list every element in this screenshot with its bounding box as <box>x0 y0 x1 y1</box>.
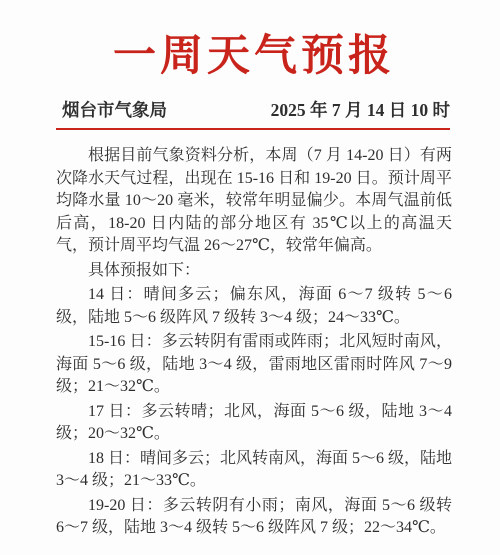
para-forecast-day15-16: 15-16 日：多云转阴有雷雨或阵雨；北风短时南风，海面 5～6 级，陆地 3～… <box>56 331 452 399</box>
para-forecast-day14: 14 日：晴间多云；偏东风，海面 6～7 级转 5～6 级，陆地 5～6 级阵风… <box>56 284 452 329</box>
para-detail-heading: 具体预报如下： <box>56 260 452 283</box>
red-divider-line <box>56 128 450 130</box>
document-meta-row: 烟台市气象局 2025 年 7 月 14 日 10 时 <box>56 97 452 127</box>
para-forecast-day18: 18 日：晴间多云；北风转南风，海面 5～6 级，陆地 3～4 级；21～33℃… <box>56 448 452 493</box>
issuing-organization: 烟台市气象局 <box>62 97 167 122</box>
weather-forecast-document: 一周天气预报 烟台市气象局 2025 年 7 月 14 日 10 时 根据目前气… <box>0 0 500 555</box>
issue-datetime: 2025 年 7 月 14 日 10 时 <box>271 97 450 122</box>
para-forecast-day19-20: 19-20 日：多云转阴有小雨；南风，海面 5～6 级转 6～7 级，陆地 3～… <box>56 495 452 540</box>
para-weekly-summary: 根据目前气象资料分析，本周（7 月 14-20 日）有两次降水天气过程，出现在 … <box>56 145 452 258</box>
para-forecast-day17: 17 日：多云转晴；北风，海面 5～6 级，陆地 3～4 级；20～32℃。 <box>56 401 452 446</box>
document-body: 根据目前气象资料分析，本周（7 月 14-20 日）有两次降水天气过程，出现在 … <box>56 145 452 540</box>
document-title: 一周天气预报 <box>56 32 452 81</box>
